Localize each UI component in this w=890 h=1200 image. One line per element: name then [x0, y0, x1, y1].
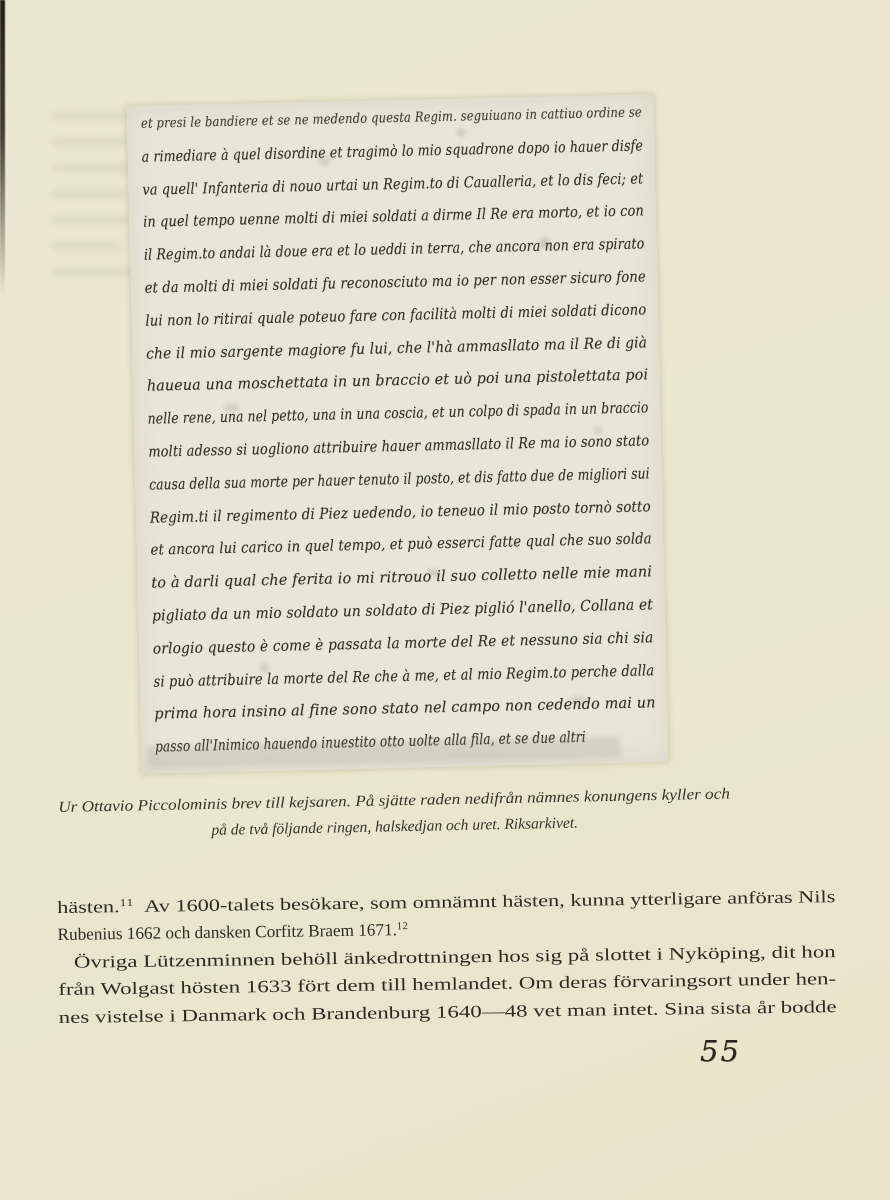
page-edge-shadow [0, 0, 5, 295]
footnote-marker: 11 [119, 898, 134, 909]
page-number: 55 [700, 1034, 741, 1068]
showthrough-mark [52, 190, 128, 198]
figure-caption: Ur Ottavio Piccolominis brev till kejsar… [58, 782, 731, 846]
body-word: hästen. [57, 897, 120, 917]
showthrough-mark [52, 138, 134, 146]
manuscript-facsimile: et presi le bandiere et se ne medendo qu… [126, 94, 668, 774]
body-sentence: Av 1600-talets besökare, som omnämnt häs… [144, 887, 835, 916]
manuscript-text-block: et presi le bandiere et se ne medendo qu… [141, 96, 657, 763]
showthrough-mark [52, 242, 122, 250]
footnote-marker: 12 [397, 921, 409, 932]
body-text: hästen.11Av 1600-talets besökare, som om… [57, 883, 837, 1031]
showthrough-mark [52, 268, 138, 276]
body-sentence: Rubenius 1662 och dansken Corfitz Braem … [57, 921, 397, 945]
book-page: et presi le bandiere et se ne medendo qu… [0, 0, 890, 1200]
